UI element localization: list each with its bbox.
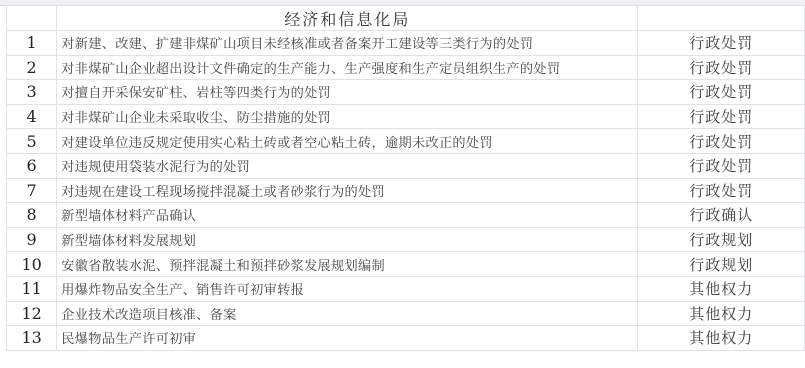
header-row: 经济和信息化局 bbox=[7, 6, 805, 31]
row-number-cell[interactable]: 8 bbox=[7, 203, 57, 228]
power-type-cell[interactable]: 行政处罚 bbox=[638, 31, 805, 56]
row-number-cell[interactable]: 5 bbox=[7, 129, 57, 154]
row-number-cell[interactable]: 13 bbox=[7, 326, 57, 351]
row-number-cell[interactable]: 11 bbox=[7, 276, 57, 301]
power-item-cell[interactable]: 用爆炸物品安全生产、销售许可初审转报 bbox=[57, 276, 638, 301]
power-type-cell[interactable]: 行政处罚 bbox=[638, 129, 805, 154]
power-item-cell[interactable]: 对建设单位违反规定使用实心粘土砖或者空心粘土砖，逾期未改正的处罚 bbox=[57, 129, 638, 154]
row-number-cell[interactable]: 4 bbox=[7, 104, 57, 129]
row-number-cell[interactable]: 10 bbox=[7, 252, 57, 277]
header-number-cell[interactable] bbox=[7, 6, 57, 31]
power-item-cell[interactable]: 对新建、改建、扩建非煤矿山项目未经核准或者备案开工建设等三类行为的处罚 bbox=[57, 31, 638, 56]
row-number-cell[interactable]: 12 bbox=[7, 301, 57, 326]
department-title-cell[interactable]: 经济和信息化局 bbox=[57, 6, 638, 31]
power-type-cell[interactable]: 行政处罚 bbox=[638, 104, 805, 129]
power-item-cell[interactable]: 新型墙体材料发展规划 bbox=[57, 227, 638, 252]
power-type-cell[interactable]: 其他权力 bbox=[638, 326, 805, 351]
power-item-cell[interactable]: 对非煤矿山企业未采取收尘、防尘措施的处罚 bbox=[57, 104, 638, 129]
table-row: 12企业技术改造项目核准、备案其他权力 bbox=[7, 301, 805, 326]
table-row: 10安徽省散装水泥、预拌混凝土和预拌砂浆发展规划编制行政规划 bbox=[7, 252, 805, 277]
table-row: 4对非煤矿山企业未采取收尘、防尘措施的处罚行政处罚 bbox=[7, 104, 805, 129]
table-row: 1对新建、改建、扩建非煤矿山项目未经核准或者备案开工建设等三类行为的处罚行政处罚 bbox=[7, 31, 805, 56]
power-type-cell[interactable]: 行政规划 bbox=[638, 227, 805, 252]
table-row: 5对建设单位违反规定使用实心粘土砖或者空心粘土砖，逾期未改正的处罚行政处罚 bbox=[7, 129, 805, 154]
power-type-cell[interactable]: 行政处罚 bbox=[638, 153, 805, 178]
power-item-cell[interactable]: 企业技术改造项目核准、备案 bbox=[57, 301, 638, 326]
power-type-cell[interactable]: 行政处罚 bbox=[638, 80, 805, 105]
spreadsheet-table: 经济和信息化局 1对新建、改建、扩建非煤矿山项目未经核准或者备案开工建设等三类行… bbox=[6, 5, 805, 351]
table-row: 6对违规使用袋装水泥行为的处罚行政处罚 bbox=[7, 153, 805, 178]
table-row: 3对擅自开采保安矿柱、岩柱等四类行为的处罚行政处罚 bbox=[7, 80, 805, 105]
power-item-cell[interactable]: 民爆物品生产许可初审 bbox=[57, 326, 638, 351]
header-type-cell[interactable] bbox=[638, 6, 805, 31]
power-type-cell[interactable]: 行政处罚 bbox=[638, 55, 805, 80]
table-row: 7对违规在建设工程现场搅拌混凝土或者砂浆行为的处罚行政处罚 bbox=[7, 178, 805, 203]
table-row: 2对非煤矿山企业超出设计文件确定的生产能力、生产强度和生产定员组织生产的处罚行政… bbox=[7, 55, 805, 80]
power-item-cell[interactable]: 对非煤矿山企业超出设计文件确定的生产能力、生产强度和生产定员组织生产的处罚 bbox=[57, 55, 638, 80]
power-item-cell[interactable]: 安徽省散装水泥、预拌混凝土和预拌砂浆发展规划编制 bbox=[57, 252, 638, 277]
power-type-cell[interactable]: 行政处罚 bbox=[638, 178, 805, 203]
power-item-cell[interactable]: 对违规使用袋装水泥行为的处罚 bbox=[57, 153, 638, 178]
power-item-cell[interactable]: 新型墙体材料产品确认 bbox=[57, 203, 638, 228]
power-item-cell[interactable]: 对违规在建设工程现场搅拌混凝土或者砂浆行为的处罚 bbox=[57, 178, 638, 203]
power-item-cell[interactable]: 对擅自开采保安矿柱、岩柱等四类行为的处罚 bbox=[57, 80, 638, 105]
row-number-cell[interactable]: 9 bbox=[7, 227, 57, 252]
row-number-cell[interactable]: 3 bbox=[7, 80, 57, 105]
power-type-cell[interactable]: 其他权力 bbox=[638, 276, 805, 301]
table-row: 8新型墙体材料产品确认行政确认 bbox=[7, 203, 805, 228]
power-type-cell[interactable]: 其他权力 bbox=[638, 301, 805, 326]
table-row: 9新型墙体材料发展规划行政规划 bbox=[7, 227, 805, 252]
row-number-cell[interactable]: 1 bbox=[7, 31, 57, 56]
table-row: 11用爆炸物品安全生产、销售许可初审转报其他权力 bbox=[7, 276, 805, 301]
power-type-cell[interactable]: 行政规划 bbox=[638, 252, 805, 277]
row-number-cell[interactable]: 2 bbox=[7, 55, 57, 80]
table-row: 13民爆物品生产许可初审其他权力 bbox=[7, 326, 805, 351]
row-number-cell[interactable]: 6 bbox=[7, 153, 57, 178]
power-type-cell[interactable]: 行政确认 bbox=[638, 203, 805, 228]
row-number-cell[interactable]: 7 bbox=[7, 178, 57, 203]
